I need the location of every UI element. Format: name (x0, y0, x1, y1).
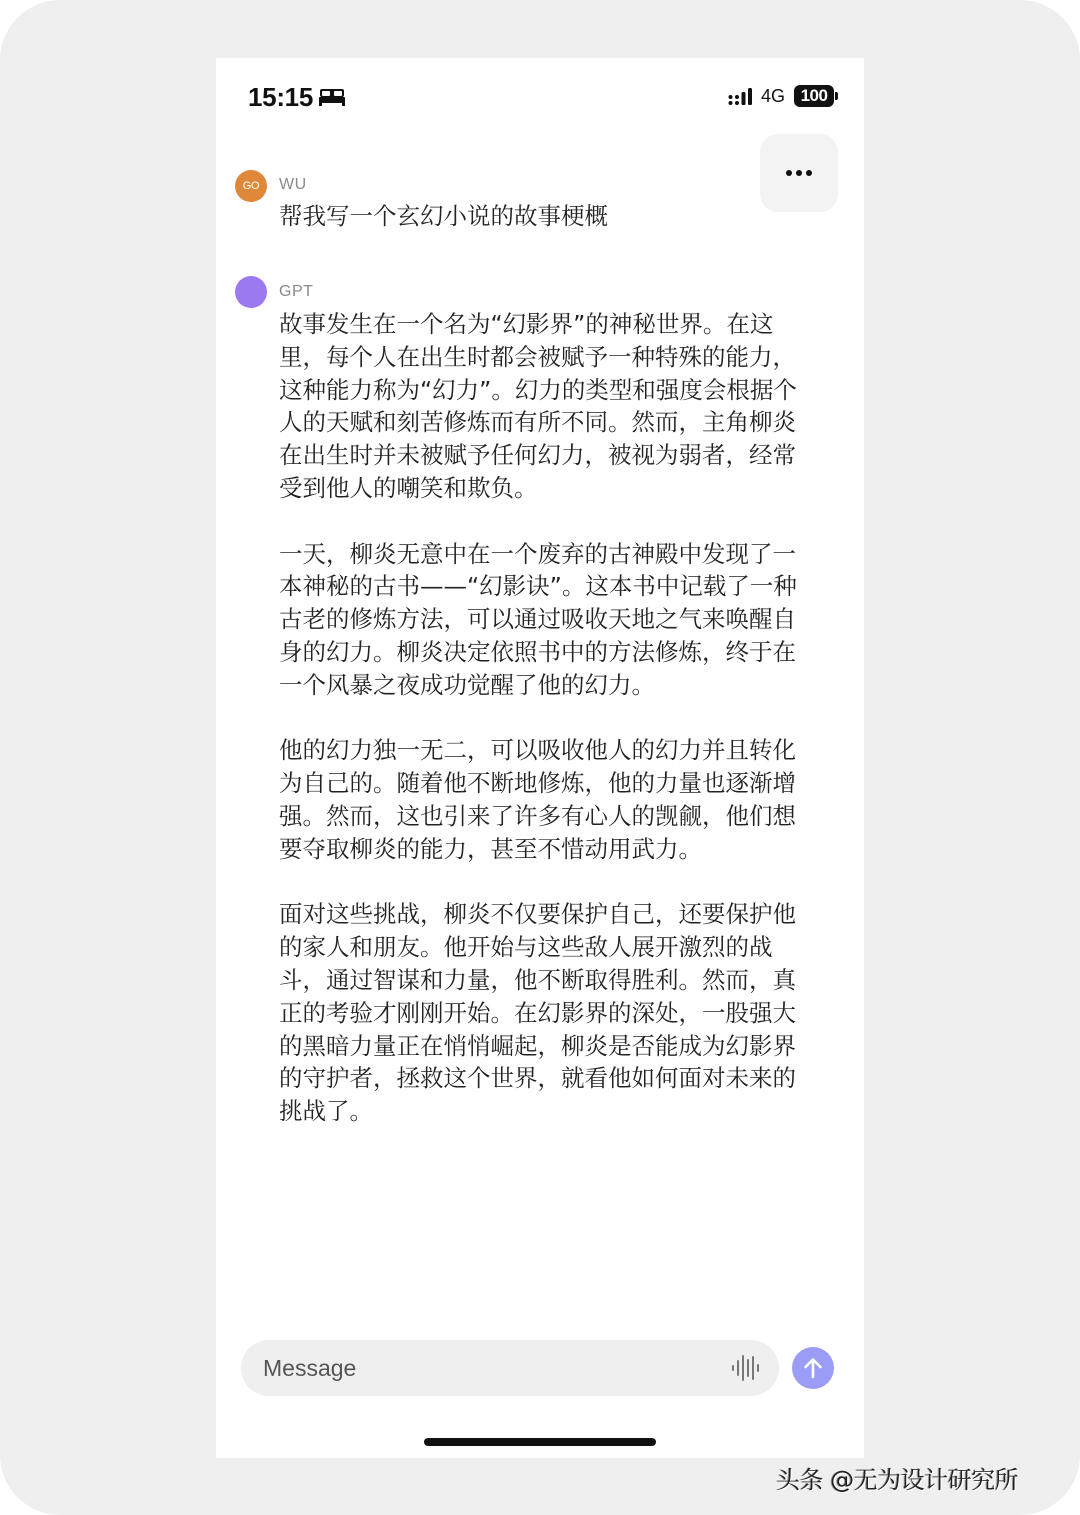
send-button[interactable] (792, 1347, 834, 1389)
status-bar: 15:15 4G 100 (216, 58, 864, 136)
message-paragraph: 面对这些挑战，柳炎不仅要保护自己，还要保护他的家人和朋友。他开始与这些敌人展开激… (279, 898, 819, 1128)
assistant-message-body: 故事发生在一个名为“幻影界”的神秘世界。在这里，每个人在出生时都会被赋予一种特殊… (279, 308, 819, 1128)
user-sender-name: WU (279, 176, 307, 194)
message-input[interactable] (263, 1340, 703, 1396)
phone-screen: 15:15 4G 100 GO WU 帮我写一个玄幻小说的故事梗概 (216, 58, 864, 1458)
waveform-icon[interactable] (729, 1353, 761, 1383)
ellipsis-dot (796, 170, 802, 176)
signal-icon (728, 88, 754, 106)
network-type: 4G (761, 86, 785, 107)
arrow-up-icon (802, 1356, 824, 1380)
bed-icon (318, 87, 346, 107)
ellipsis-icon (786, 170, 792, 176)
home-indicator[interactable] (424, 1438, 656, 1446)
message-paragraph: 一天，柳炎无意中在一个废弃的古神殿中发现了一本神秘的古书——“幻影诀”。这本书中… (279, 538, 819, 702)
battery-cap (835, 92, 838, 100)
watermark: 头条 @无为设计研究所 (776, 1460, 1018, 1495)
message-paragraph: 他的幻力独一无二，可以吸收他人的幻力并且转化为自己的。随着他不断地修炼，他的力量… (279, 734, 819, 865)
status-time: 15:15 (248, 82, 313, 113)
ellipsis-dot (806, 170, 812, 176)
battery-icon: 100 (794, 85, 834, 107)
message-paragraph: 故事发生在一个名为“幻影界”的神秘世界。在这里，每个人在出生时都会被赋予一种特殊… (279, 308, 819, 505)
assistant-sender-name: GPT (279, 283, 313, 301)
user-message-text: 帮我写一个玄幻小说的故事梗概 (279, 200, 819, 233)
message-composer (241, 1340, 779, 1396)
gpt-avatar (235, 276, 267, 308)
user-avatar: GO (235, 170, 267, 202)
